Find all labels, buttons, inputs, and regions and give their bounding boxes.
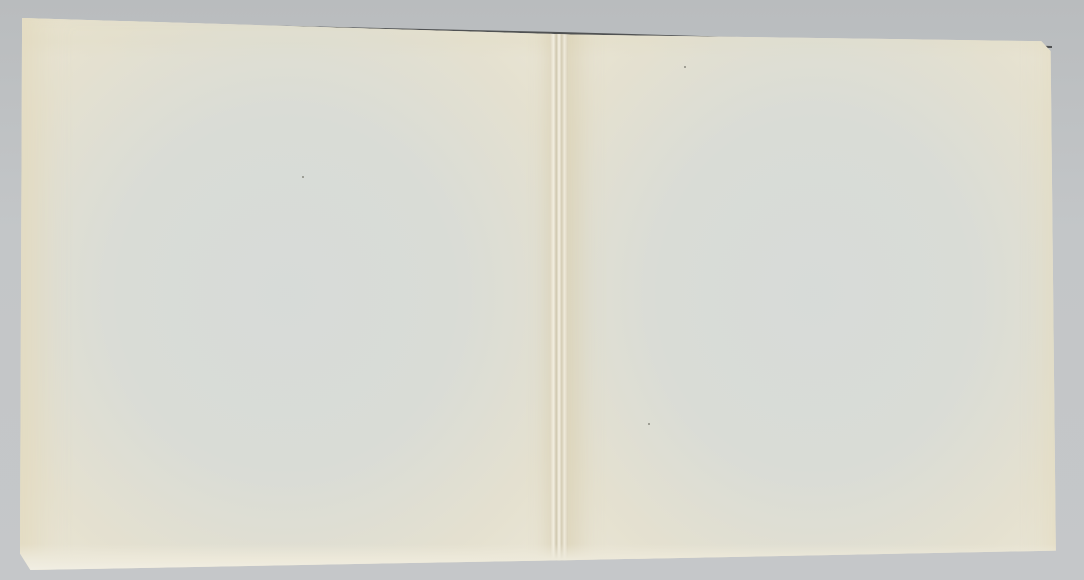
paper-fold-crease: [550, 18, 568, 570]
paper-speck: [684, 66, 686, 68]
paper-bottom-edge: [20, 544, 1060, 570]
photo-scene: [0, 0, 1084, 580]
paper-left-panel: [20, 18, 552, 570]
paper-right-panel: [568, 18, 1060, 570]
paper-speck: [302, 176, 304, 178]
paper-speck: [648, 423, 650, 425]
folded-paper-sheet: [20, 18, 1060, 570]
